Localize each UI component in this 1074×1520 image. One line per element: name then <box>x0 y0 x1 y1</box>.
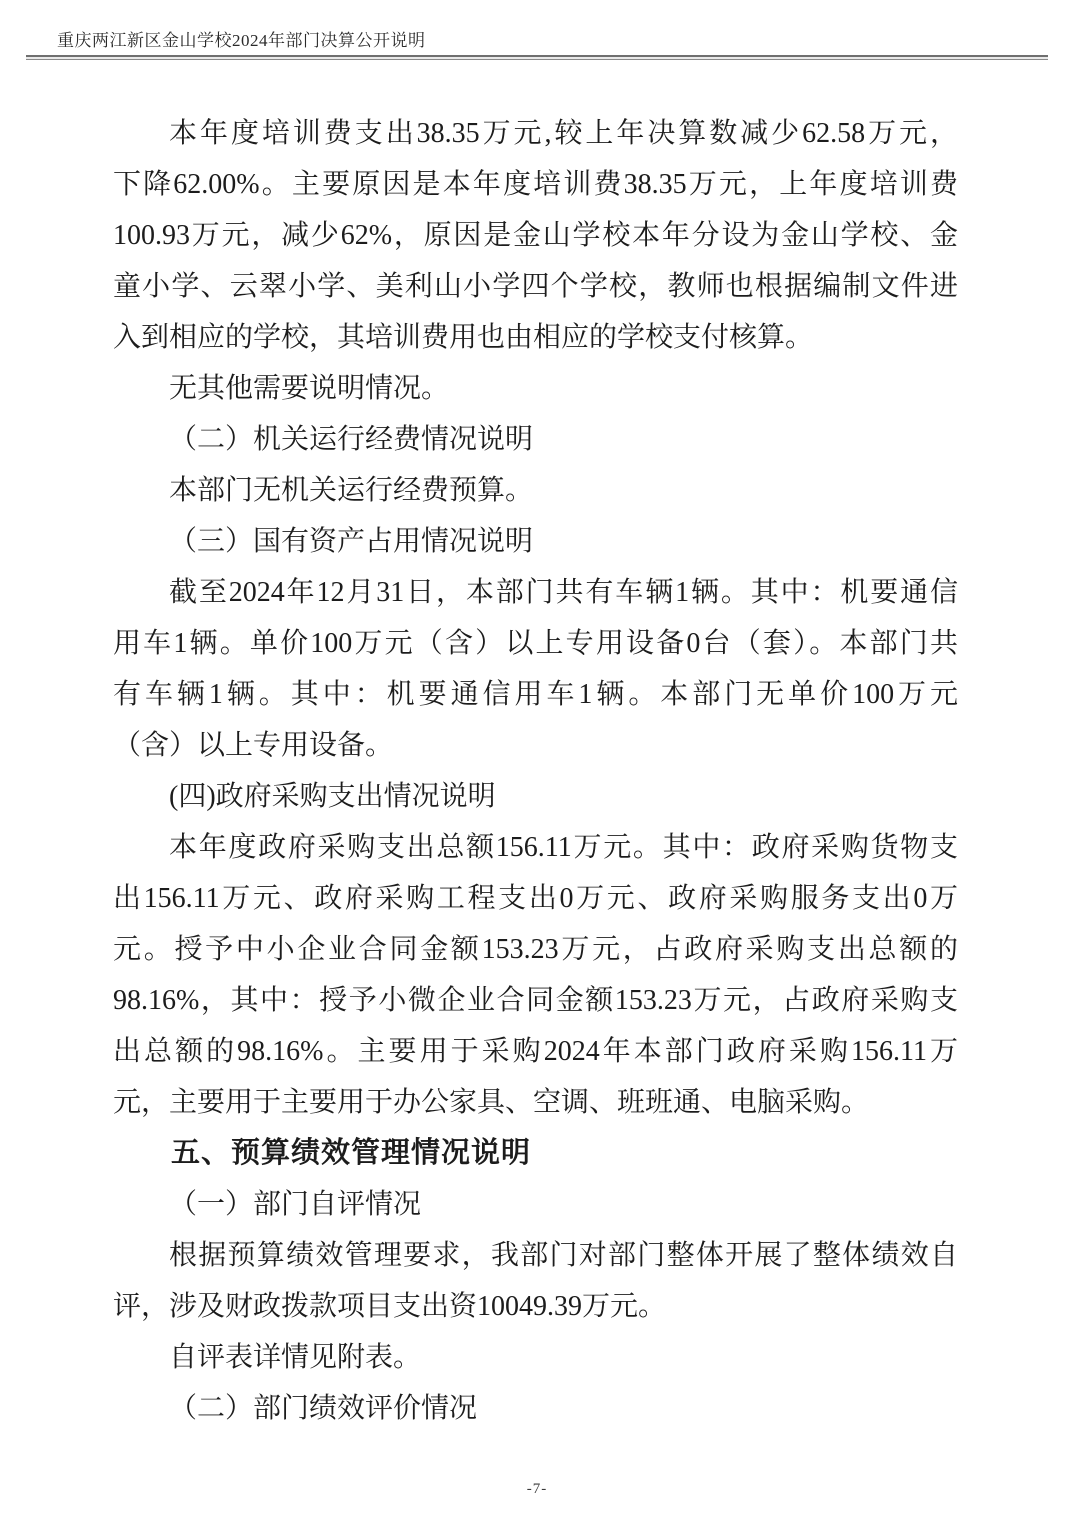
text-line: 入到相应的学校，其培训费用也由相应的学校支付核算。 <box>113 312 958 363</box>
text-line: 有车辆1辆。其中：机要通信用车1辆。本部门无单价100万元 <box>113 669 958 720</box>
page-number: -7- <box>527 1481 548 1497</box>
text-line: 下降62.00%。主要原因是本年度培训费38.35万元，上年度培训费 <box>113 159 958 210</box>
text-line: 自评表详情见附表。 <box>113 1332 958 1383</box>
text-line: （一）部门自评情况 <box>113 1179 958 1230</box>
text-line: （含）以上专用设备。 <box>113 720 958 771</box>
text-line: 本部门无机关运行经费预算。 <box>113 465 958 516</box>
text-line: （三）国有资产占用情况说明 <box>113 516 958 567</box>
text-line: 出总额的98.16%。主要用于采购2024年本部门政府采购156.11万 <box>113 1026 958 1077</box>
text-line: （二）部门绩效评价情况 <box>113 1383 958 1434</box>
text-line: （二）机关运行经费情况说明 <box>113 414 958 465</box>
page-header: 重庆两江新区金山学校2024年部门决算公开说明 <box>26 0 1048 60</box>
header-rule <box>26 55 1048 60</box>
text-line: 100.93万元，减少62%，原因是金山学校本年分设为金山学校、金 <box>113 210 958 261</box>
section-heading: 五、预算绩效管理情况说明 <box>113 1128 958 1179</box>
text-line: 评，涉及财政拨款项目支出资10049.39万元。 <box>113 1281 958 1332</box>
text-line: 用车1辆。单价100万元（含）以上专用设备0台（套）。本部门共 <box>113 618 958 669</box>
text-line: 童小学、云翠小学、美利山小学四个学校，教师也根据编制文件进 <box>113 261 958 312</box>
text-line: 截至2024年12月31日，本部门共有车辆1辆。其中：机要通信 <box>113 567 958 618</box>
page-footer: -7- <box>0 1480 1074 1498</box>
text-line: 本年度培训费支出38.35万元,较上年决算数减少62.58万元， <box>113 108 958 159</box>
text-line: (四)政府采购支出情况说明 <box>113 771 958 822</box>
text-line: 出156.11万元、政府采购工程支出0万元、政府采购服务支出0万 <box>113 873 958 924</box>
header-title: 重庆两江新区金山学校2024年部门决算公开说明 <box>57 30 1048 52</box>
text-line: 无其他需要说明情况。 <box>113 363 958 414</box>
document-page: 重庆两江新区金山学校2024年部门决算公开说明 本年度培训费支出38.35万元,… <box>0 0 1074 1520</box>
text-line: 元，主要用于主要用于办公家具、空调、班班通、电脑采购。 <box>113 1077 958 1128</box>
text-line: 98.16%，其中：授予小微企业合同金额153.23万元，占政府采购支 <box>113 975 958 1026</box>
text-line: 元。授予中小企业合同金额153.23万元，占政府采购支出总额的 <box>113 924 958 975</box>
text-line: 本年度政府采购支出总额156.11万元。其中：政府采购货物支 <box>113 822 958 873</box>
text-line: 根据预算绩效管理要求，我部门对部门整体开展了整体绩效自 <box>113 1230 958 1281</box>
document-body: 本年度培训费支出38.35万元,较上年决算数减少62.58万元，下降62.00%… <box>113 108 958 1434</box>
